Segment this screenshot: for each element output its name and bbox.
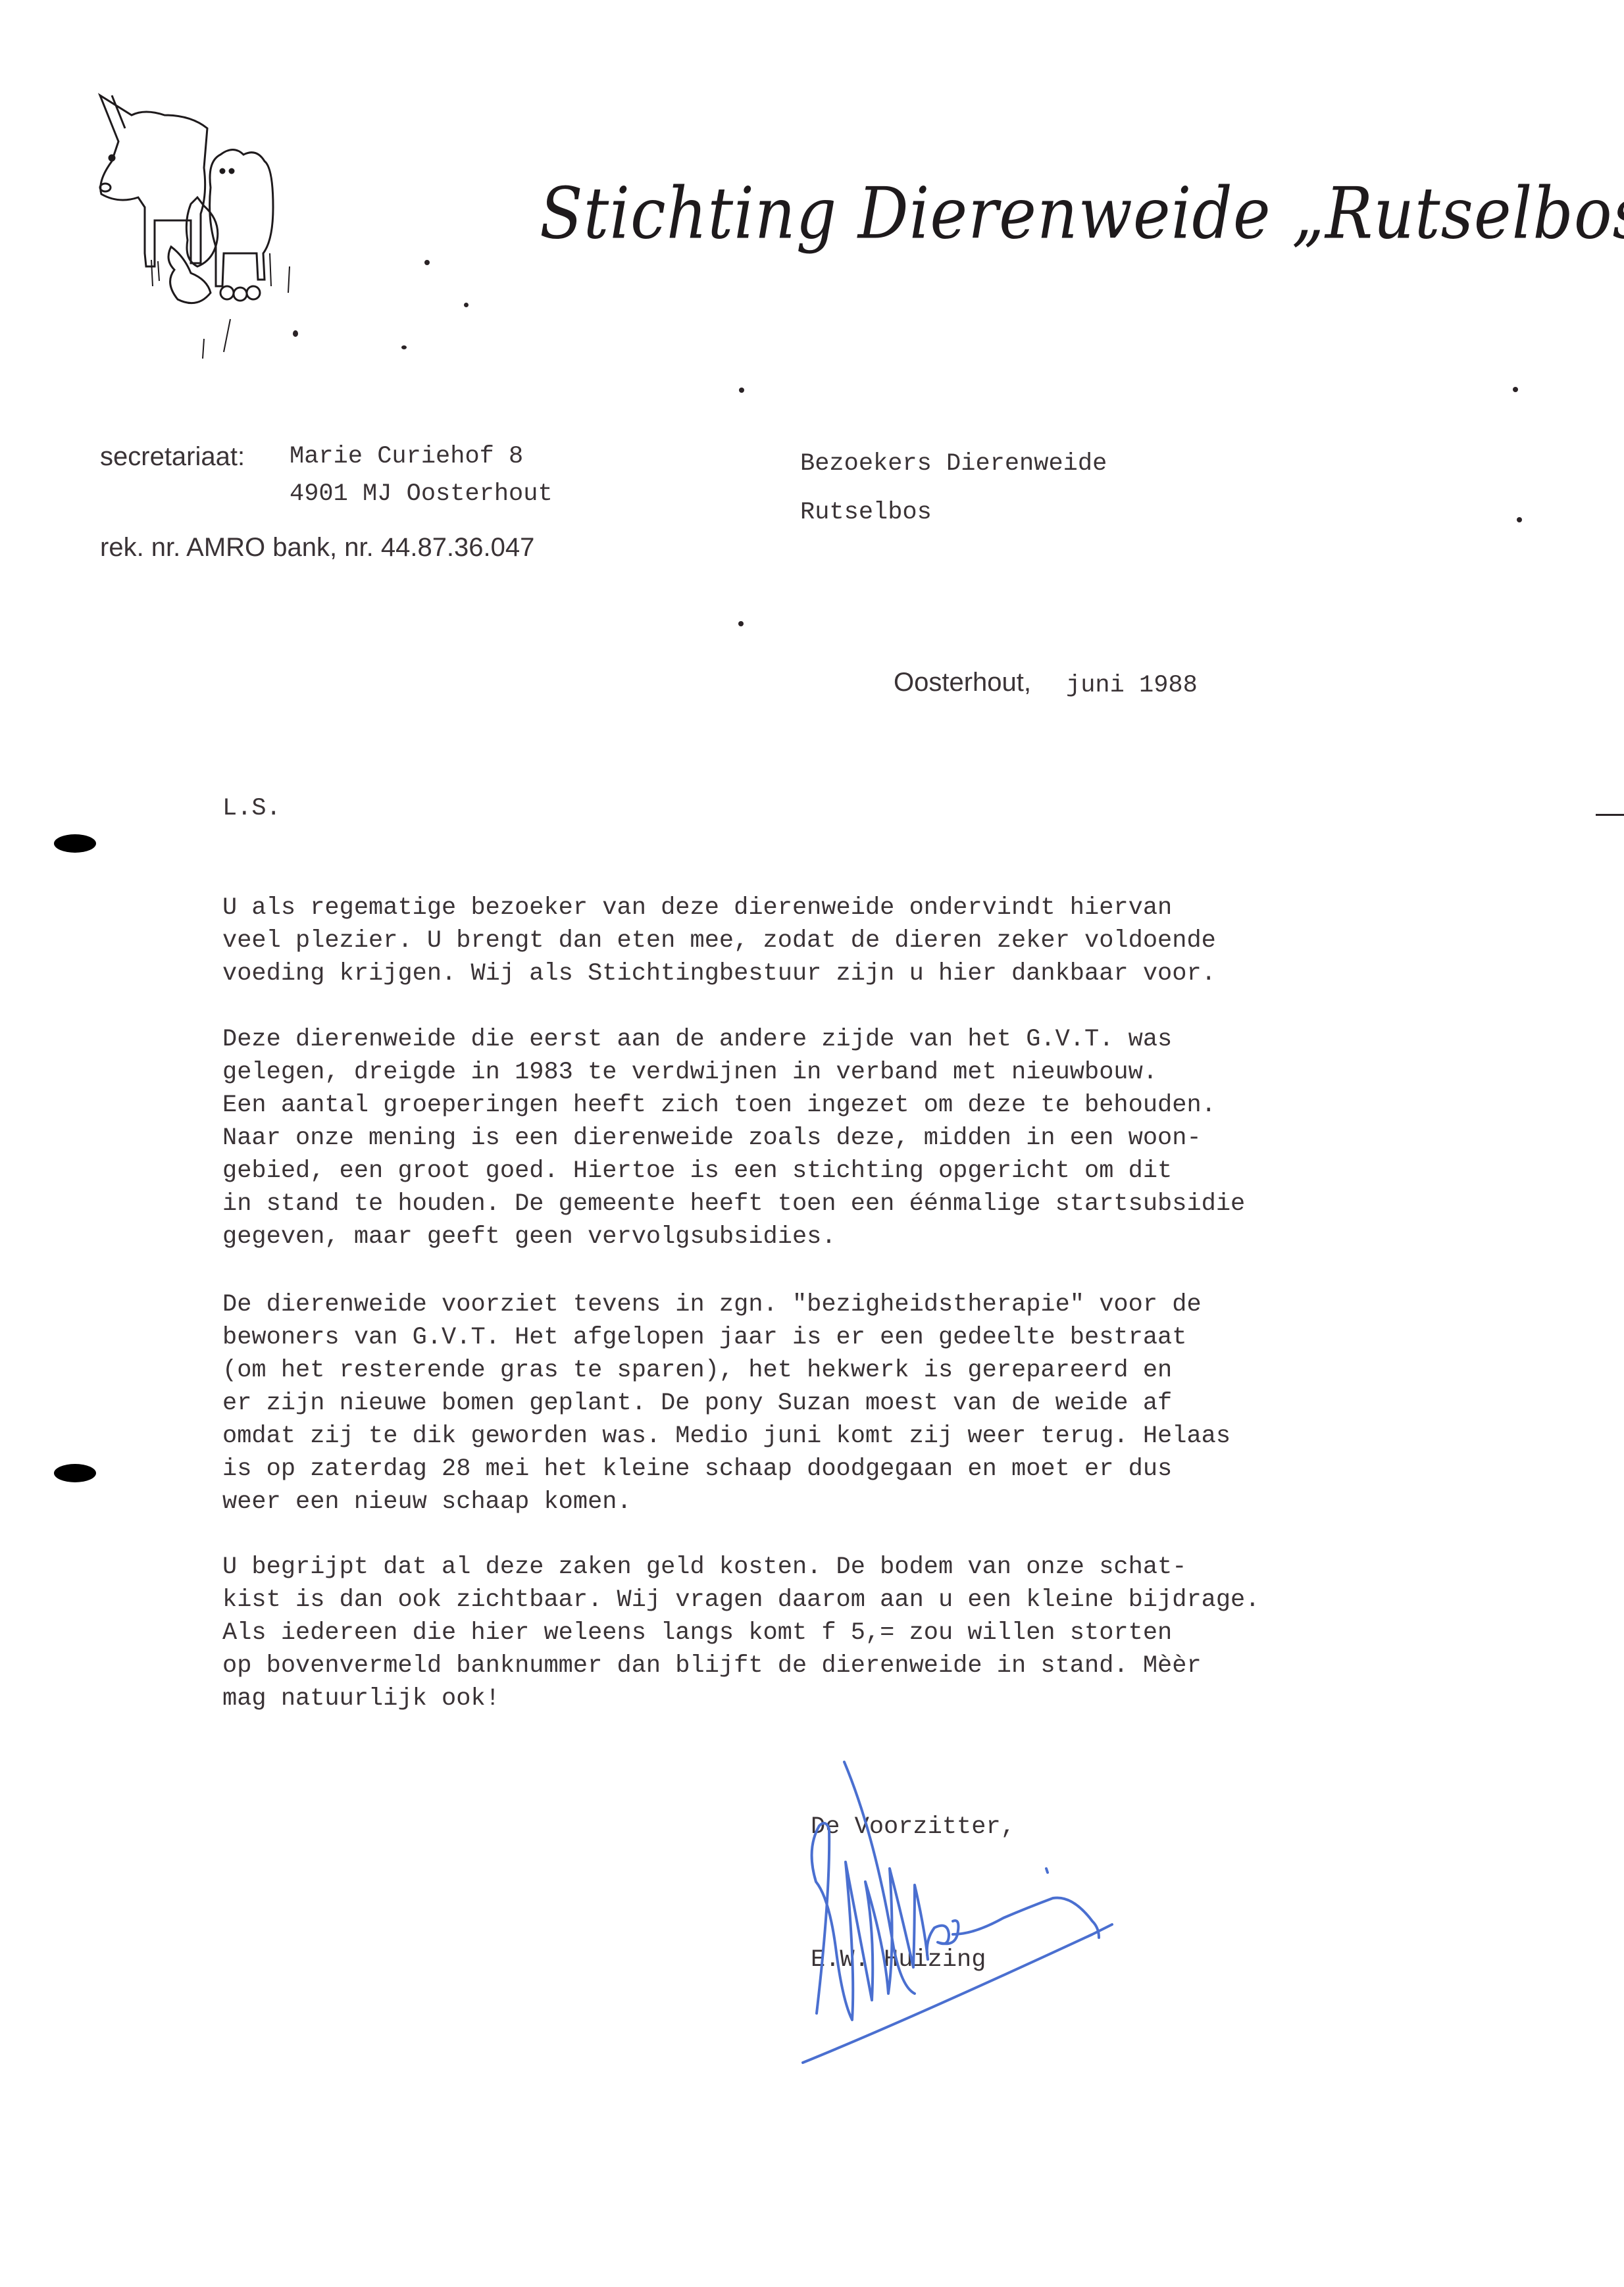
fold-mark <box>739 388 744 393</box>
fold-mark <box>738 621 744 626</box>
logo-speck <box>293 330 298 337</box>
punch-hole <box>54 1464 96 1482</box>
body-paragraph: U als regematige bezoeker van deze diere… <box>222 892 1216 990</box>
signature-icon <box>776 1750 1434 2171</box>
farm-animals-logo-icon <box>92 89 461 372</box>
logo-speck <box>464 303 469 307</box>
punch-hole <box>54 834 96 853</box>
logo-speck <box>424 260 430 265</box>
dateline-place: Oosterhout, <box>894 668 1031 697</box>
fold-line-mark <box>1596 814 1624 816</box>
dateline-date: juni 1988 <box>1066 672 1198 699</box>
body-paragraph: Deze dierenweide die eerst aan de andere… <box>222 1023 1245 1253</box>
bank-account: rek. nr. AMRO bank, nr. 44.87.36.047 <box>100 533 534 563</box>
body-paragraph: De dierenweide voorziet tevens in zgn. "… <box>222 1288 1231 1519</box>
body-paragraph: U begrijpt dat al deze zaken geld kosten… <box>222 1551 1259 1715</box>
recipient-line-2: Rutselbos <box>800 499 932 526</box>
salutation: L.S. <box>222 795 281 822</box>
sender-address-street: Marie Curiehof 8 <box>290 443 523 470</box>
fold-mark <box>1513 387 1518 392</box>
recipient-line-1: Bezoekers Dierenweide <box>800 450 1107 478</box>
sender-address-city: 4901 MJ Oosterhout <box>290 480 553 508</box>
fold-mark <box>1517 517 1522 522</box>
organization-name: Stichting Dierenweide „Rutselbos” <box>540 172 1624 255</box>
secretariat-label: secretariaat: <box>100 442 245 472</box>
logo-speck <box>401 345 407 349</box>
